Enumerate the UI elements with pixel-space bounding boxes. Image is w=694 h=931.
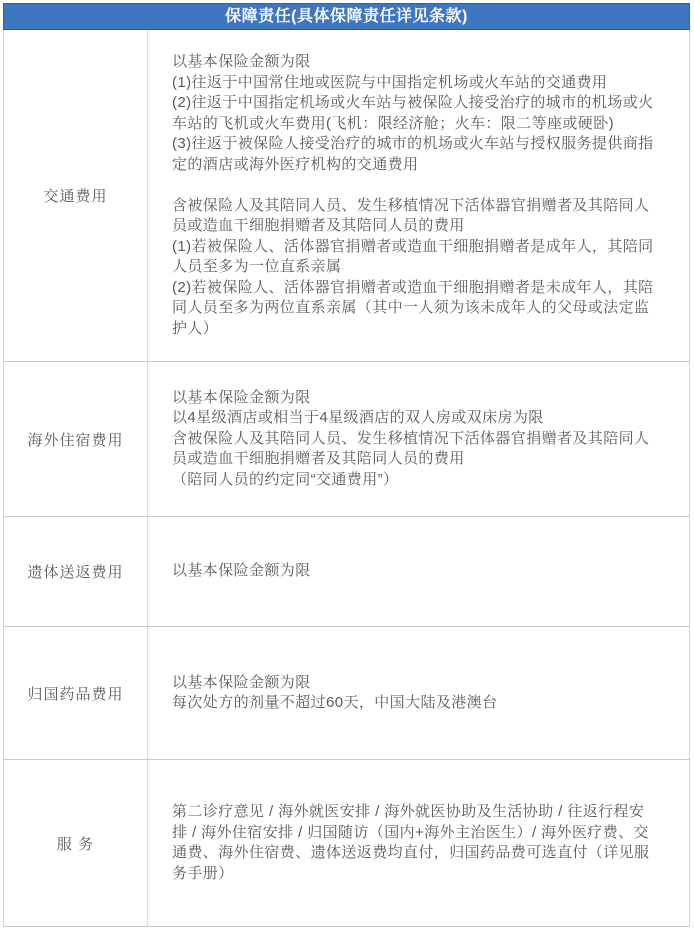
content-paragraph: 以基本保险金额为限	[172, 388, 656, 409]
content-paragraph: (3)往返于被保险人接受治疗的城市的机场或火车站与授权服务提供商指定的酒店或海外…	[172, 134, 656, 175]
content-paragraph: （陪同人员的约定同“交通费用”）	[172, 470, 656, 491]
table-body: 交通费用 以基本保险金额为限(1)往返于中国常住地或医院与中国指定机场或火车站的…	[3, 30, 690, 927]
content-paragraph: 每次处方的剂量不超过60天，中国大陆及港澳台	[172, 693, 656, 714]
table-row: 遗体送返费用 以基本保险金额为限	[4, 517, 689, 627]
content-paragraph: (2)若被保险人、活体器官捐赠者或造血干细胞捐赠者是未成年人，其陪同人员至多为两…	[172, 278, 656, 340]
row-label: 交通费用	[4, 30, 148, 361]
row-label: 遗体送返费用	[4, 517, 148, 626]
row-content: 以基本保险金额为限以4星级酒店或相当于4星级酒店的双人房或双床房为限含被保险人及…	[148, 362, 689, 516]
content-paragraph: 含被保险人及其陪同人员、发生移植情况下活体器官捐赠者及其陪同人员或造血干细胞捐赠…	[172, 196, 656, 237]
content-paragraph: (1)若被保险人、活体器官捐赠者或造血干细胞捐赠者是成年人，其陪同人员至多为一位…	[172, 237, 656, 278]
row-label: 服 务	[4, 760, 148, 926]
content-paragraph: 以4星级酒店或相当于4星级酒店的双人房或双床房为限	[172, 408, 656, 429]
content-paragraph: 含被保险人及其陪同人员、发生移植情况下活体器官捐赠者及其陪同人员或造血干细胞捐赠…	[172, 429, 656, 470]
content-paragraph: (2)往返于中国指定机场或火车站与被保险人接受治疗的城市的机场或火车站的飞机或火…	[172, 93, 656, 134]
table-row: 海外住宿费用 以基本保险金额为限以4星级酒店或相当于4星级酒店的双人房或双床房为…	[4, 362, 689, 517]
table-title: 保障责任(具体保障责任详见条款)	[3, 3, 690, 30]
content-paragraph: 以基本保险金额为限	[172, 673, 656, 694]
content-paragraph	[172, 175, 656, 196]
row-content: 以基本保险金额为限	[148, 517, 689, 626]
row-label: 归国药品费用	[4, 627, 148, 759]
row-label: 海外住宿费用	[4, 362, 148, 516]
row-content: 第二诊疗意见 / 海外就医安排 / 海外就医协助及生活协助 / 往返行程安排 /…	[148, 760, 689, 926]
content-paragraph: 第二诊疗意见 / 海外就医安排 / 海外就医协助及生活协助 / 往返行程安排 /…	[172, 802, 656, 884]
row-content: 以基本保险金额为限(1)往返于中国常住地或医院与中国指定机场或火车站的交通费用(…	[148, 30, 689, 361]
table-row: 交通费用 以基本保险金额为限(1)往返于中国常住地或医院与中国指定机场或火车站的…	[4, 30, 689, 362]
content-paragraph: 以基本保险金额为限	[172, 52, 656, 73]
content-paragraph: 以基本保险金额为限	[172, 561, 656, 582]
table-row: 归国药品费用 以基本保险金额为限每次处方的剂量不超过60天，中国大陆及港澳台	[4, 627, 689, 760]
row-content: 以基本保险金额为限每次处方的剂量不超过60天，中国大陆及港澳台	[148, 627, 689, 759]
benefit-table: 保障责任(具体保障责任详见条款) 交通费用 以基本保险金额为限(1)往返于中国常…	[3, 3, 690, 927]
content-paragraph: (1)往返于中国常住地或医院与中国指定机场或火车站的交通费用	[172, 73, 656, 94]
table-row: 服 务 第二诊疗意见 / 海外就医安排 / 海外就医协助及生活协助 / 往返行程…	[4, 760, 689, 927]
